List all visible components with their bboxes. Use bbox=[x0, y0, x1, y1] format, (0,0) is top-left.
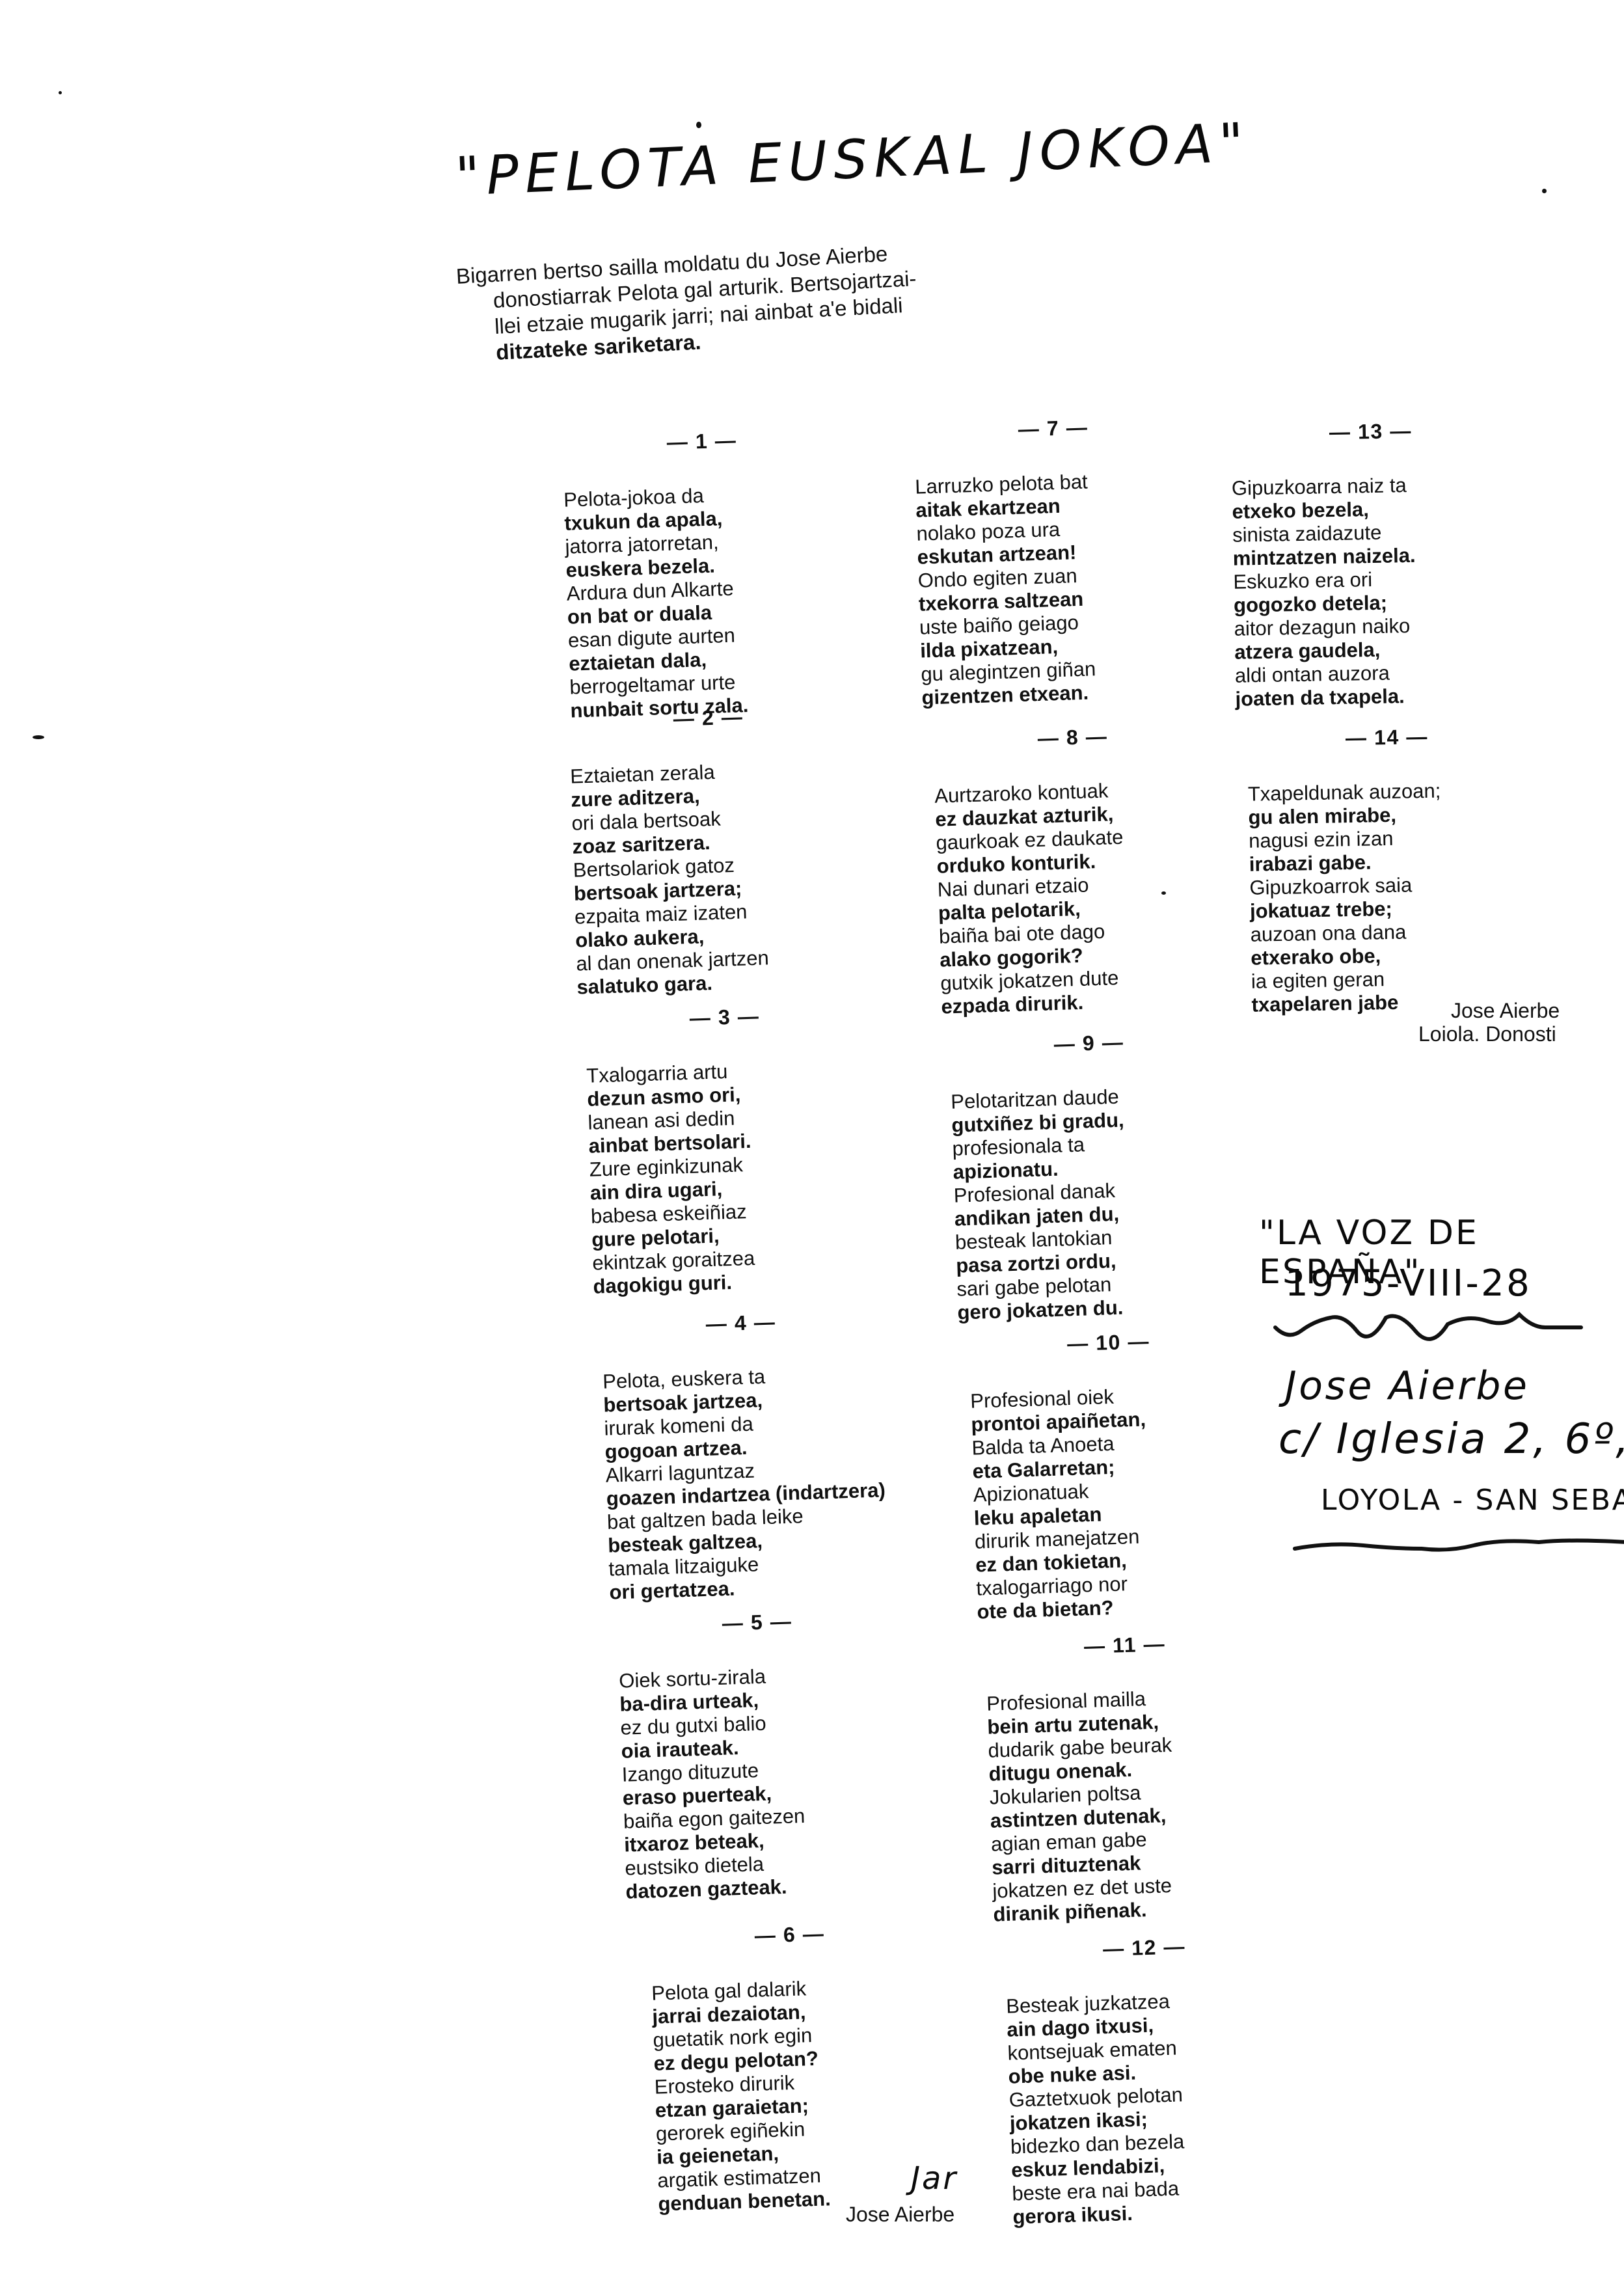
verse-10: — 10 — Profesional oiek prontoi apaiñeta… bbox=[968, 1326, 1257, 1623]
address-annotation: c/ Iglesia 2, 6º, C bbox=[1279, 1415, 1624, 1463]
verse-4: — 4 — Pelota, euskera ta bertsoak jartze… bbox=[601, 1307, 889, 1604]
verse-number: — 7 — bbox=[913, 412, 1193, 444]
verse-14: — 14 — Txapeldunak auzoan; gu alen mirab… bbox=[1247, 723, 1532, 1016]
verse-3: — 3 — Txalogarria artu dezun asmo ori, l… bbox=[584, 1001, 873, 1298]
verse-line: joaten da txapela. bbox=[1235, 683, 1515, 711]
verse-number: — 1 — bbox=[562, 425, 842, 457]
signature-name: Jose Aierbe bbox=[1418, 999, 1614, 1022]
verse-number: — 14 — bbox=[1247, 723, 1527, 751]
scan-speck bbox=[33, 735, 44, 739]
verse-1: — 1 — Pelota-jokoa da txukun da apala, j… bbox=[562, 425, 850, 722]
name-annotation: Jose Aierbe bbox=[1285, 1363, 1530, 1409]
signature-col1: Jose Aierbe bbox=[846, 2203, 954, 2226]
verse-number: — 13 — bbox=[1230, 417, 1511, 445]
signature-col3: Jose Aierbe Loiola. Donosti bbox=[1418, 999, 1614, 1046]
scan-speck bbox=[1542, 189, 1547, 193]
verse-number: — 3 — bbox=[584, 1001, 865, 1033]
verse-9: — 9 — Pelotaritzan daude gutxiñez bi gra… bbox=[949, 1027, 1238, 1324]
verse-number: — 5 — bbox=[617, 1606, 897, 1638]
verse-number: — 10 — bbox=[968, 1326, 1249, 1358]
verse-7: — 7 — Larruzko pelota bat aitak ekartzea… bbox=[913, 412, 1202, 709]
verse-11: — 11 — Profesional mailla bein artu zute… bbox=[984, 1629, 1273, 1926]
verse-5: — 5 — Oiek sortu-zirala ba-dira urteak, … bbox=[617, 1606, 906, 1903]
scan-speck bbox=[1161, 891, 1166, 895]
wavy-underline-icon bbox=[1292, 1532, 1624, 1558]
verse-13: — 13 — Gipuzkoarra naiz ta etxeko bezela… bbox=[1230, 417, 1515, 711]
verse-8: — 8 — Aurtzaroko kontuak ez dauzkat aztu… bbox=[932, 721, 1221, 1018]
verse-number: — 11 — bbox=[984, 1629, 1265, 1661]
city-annotation: LOYOLA - SAN SEBASTIAN bbox=[1321, 1484, 1624, 1517]
verse-number: — 4 — bbox=[601, 1307, 881, 1338]
verse-number: — 12 — bbox=[1004, 1931, 1284, 1963]
scan-speck bbox=[696, 122, 701, 128]
verse-number: — 6 — bbox=[649, 1918, 930, 1950]
handwritten-initials: Jar bbox=[911, 2160, 958, 2197]
signature-location: Loiola. Donosti bbox=[1418, 1022, 1614, 1046]
verse-12: — 12 — Besteak juzkatzea ain dago itxusi… bbox=[1004, 1931, 1293, 2229]
intro-paragraph: Bigarren bertso sailla moldatu du Jose A… bbox=[455, 236, 1000, 368]
wavy-underline-icon bbox=[1272, 1308, 1584, 1347]
document-title: "PELOTA EUSKAL JOKOA" bbox=[454, 112, 1251, 208]
verse-6: — 6 — Pelota gal dalarik jarrai dezaiota… bbox=[649, 1918, 938, 2216]
verse-number: — 8 — bbox=[932, 721, 1213, 753]
scan-speck bbox=[59, 91, 62, 94]
date-annotation: 1975-VIII-28 bbox=[1285, 1262, 1532, 1305]
verse-2: — 2 — Eztaietan zerala zure aditzera, or… bbox=[568, 701, 857, 999]
verse-number: — 9 — bbox=[949, 1027, 1229, 1059]
